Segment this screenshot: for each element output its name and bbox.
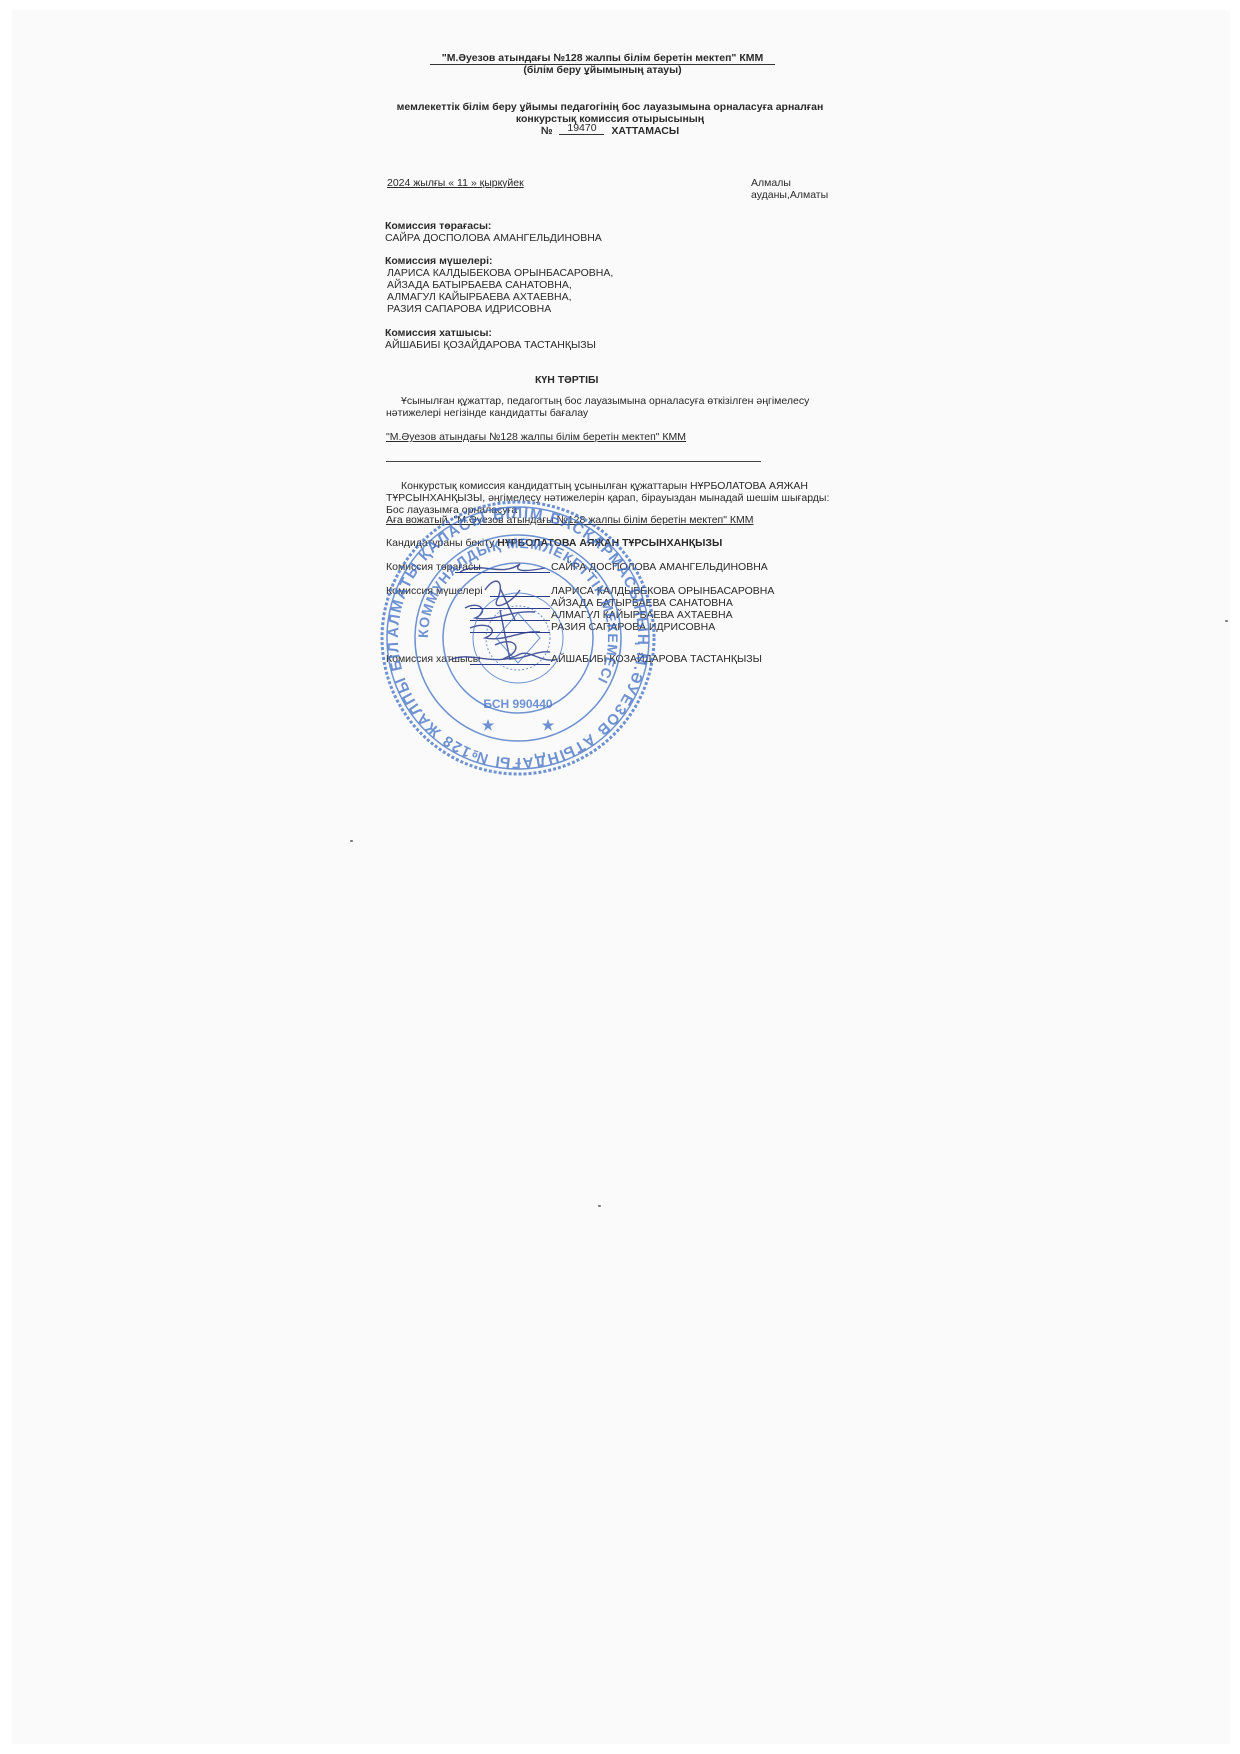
- sig-secretary-name: АЙШАБИБІ ҚОЗАЙДАРОВА ТАСТАНҚЫЗЫ: [551, 653, 762, 665]
- decision-line1: Конкурстық комиссия кандидаттың ұсынылға…: [401, 480, 808, 492]
- protocol-number-line: № 19470 ХАТТАМАСЫ: [390, 125, 830, 138]
- organization-caption: (білім беру ұйымының атауы): [430, 64, 775, 76]
- sig-member-name: РАЗИЯ САПАРОВА ИДРИСОВНА: [551, 621, 715, 633]
- protocol-place: Алмалы ауданы,Алматы: [751, 177, 831, 201]
- signature-line: [455, 572, 550, 573]
- protocol-title-line1: мемлекеттік білім беру ұйымы педагогінің…: [390, 101, 830, 113]
- scanned-page: [12, 10, 1230, 1744]
- sig-member-name: АЛМАГУЛ КАЙЫРБАЕВА АХТАЕВНА: [551, 609, 733, 621]
- signature-line: [470, 664, 550, 665]
- agenda-text-line2: нәтижелері негізінде кандидатты бағалау: [386, 407, 588, 419]
- agenda-text-line1: Ұсынылған құжаттар, педагогтың бос лауаз…: [401, 395, 809, 407]
- place-line1: Алмалы: [751, 177, 831, 189]
- signature-line: [470, 608, 550, 609]
- scan-speck: [350, 840, 353, 842]
- sig-members-label: Комиссия мүшелері: [386, 585, 483, 597]
- member-item: РАЗИЯ САПАРОВА ИДРИСОВНА: [387, 303, 551, 315]
- sig-member-name: ЛАРИСА КАЛДЫБЕКОВА ОРЫНБАСАРОВНА: [551, 585, 774, 597]
- approve-candidate: Кандидатураны бекіту НҰРБОЛАТОВА АЯЖАН Т…: [386, 537, 722, 549]
- place-line2: ауданы,Алматы: [751, 189, 831, 201]
- section-divider: [386, 461, 761, 462]
- signature-line: [470, 632, 550, 633]
- approve-name: НҰРБОЛАТОВА АЯЖАН ТҰРСЫНХАНҚЫЗЫ: [497, 537, 722, 549]
- approve-prefix: Кандидатураны бекіту: [386, 537, 494, 549]
- sig-member-name: АЙЗАДА БАТЫРБАЕВА САНАТОВНА: [551, 597, 733, 609]
- member-item: АЛМАГУЛ КАЙЫРБАЕВА АХТАЕВНА,: [387, 291, 571, 303]
- scan-speck: [598, 1205, 601, 1207]
- secretary-name: АЙШАБИБІ ҚОЗАЙДАРОВА ТАСТАНҚЫЗЫ: [385, 339, 596, 351]
- secretary-label: Комиссия хатшысы:: [385, 327, 492, 339]
- chair-name: САЙРА ДОСПОЛОВА АМАНГЕЛЬДИНОВНА: [385, 232, 602, 244]
- number-suffix: ХАТТАМАСЫ: [611, 125, 679, 137]
- signature-line: [470, 620, 550, 621]
- protocol-number: 19470: [559, 122, 604, 135]
- number-prefix: №: [541, 125, 553, 137]
- protocol-date: 2024 жылғы « 11 » қыркүйек: [387, 177, 524, 189]
- signature-line: [490, 596, 550, 597]
- protocol-title-line2: конкурстық комиссия отырысының: [390, 113, 830, 125]
- member-item: ЛАРИСА КАЛДЫБЕКОВА ОРЫНБАСАРОВНА,: [387, 267, 613, 279]
- members-label: Комиссия мүшелері:: [385, 255, 492, 267]
- agenda-organization: "М.Әуезов атындағы №128 жалпы білім бере…: [386, 431, 686, 443]
- sig-chair-name: САЙРА ДОСПОЛОВА АМАНГЕЛЬДИНОВНА: [551, 561, 768, 573]
- member-item: АЙЗАДА БАТЫРБАЕВА САНАТОВНА,: [387, 279, 572, 291]
- chair-label: Комиссия төрағасы:: [385, 220, 491, 232]
- decision-position: Аға вожатый, "М.Әуезов атындағы №128 жал…: [386, 514, 754, 526]
- agenda-heading: КҮН ТӘРТІБІ: [535, 374, 598, 386]
- decision-line2: ТҰРСЫНХАНҚЫЗЫ, әңгімелесу нәтижелерін қа…: [386, 492, 829, 504]
- scan-speck: [1225, 620, 1228, 622]
- sig-secretary-label: Комиссия хатшысы: [386, 653, 480, 665]
